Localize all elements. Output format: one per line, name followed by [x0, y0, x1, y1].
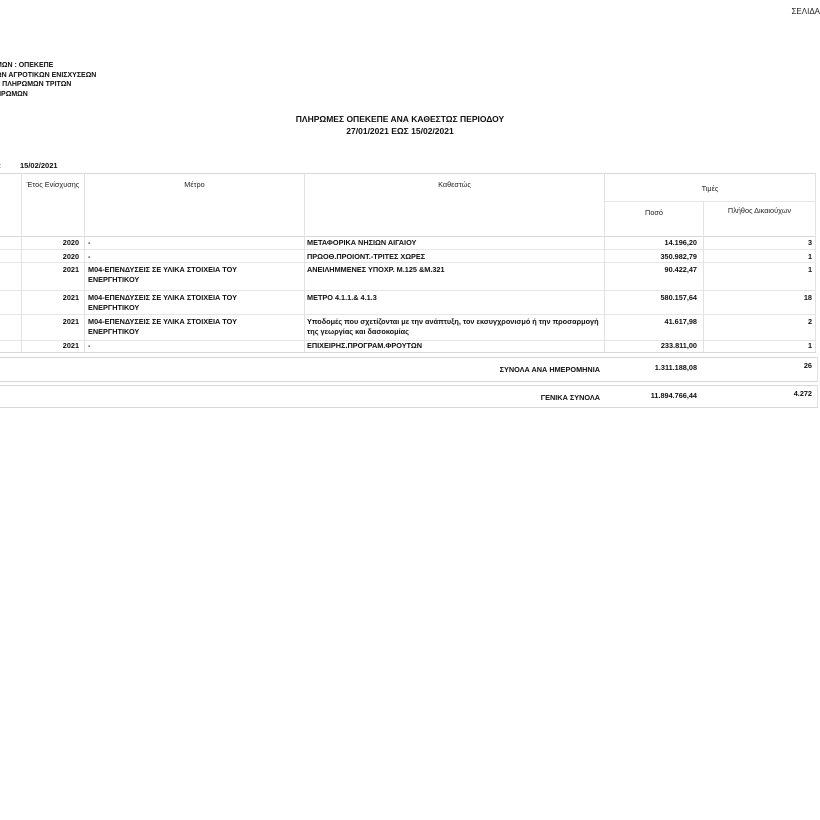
- report-date-value: 15/02/2021: [20, 161, 58, 170]
- cell-scheme: ΠΡΩΟΘ.ΠΡΟΙΟΝΤ.-ΤΡΙΤΕΣ ΧΩΡΕΣ: [307, 252, 425, 262]
- column-header-year: Έτος Ενίσχυσης: [22, 180, 84, 190]
- report-title-block: ΠΛΗΡΩΜΕΣ ΟΠΕΚΕΠΕ ΑΝΑ ΚΑΘΕΣΤΩΣ ΠΕΡΙΟΔΟΥ 2…: [200, 113, 600, 137]
- organization-header: ΜΩΝ : ΟΠΕΚΕΠΕ ΩΝ ΑΓΡΟΤΙΚΩΝ ΕΝΙΣΧΥΣΕΩΝ Γ …: [0, 61, 96, 99]
- column-header-scheme: Καθεστώς: [305, 180, 604, 190]
- cell-amount: 580.157,64: [605, 293, 697, 303]
- report-date-label: α: [0, 161, 1, 170]
- org-line: ΜΩΝ : ΟΠΕΚΕΠΕ: [0, 61, 96, 71]
- cell-amount: 350.982,79: [605, 252, 697, 262]
- cell-beneficiaries: 2: [704, 317, 812, 327]
- cell-measure: -: [88, 252, 90, 262]
- column-header-measure: Μέτρο: [85, 180, 304, 190]
- cell-measure: -: [88, 341, 90, 351]
- cell-year: 2021: [22, 317, 79, 327]
- org-line: ΩΝ ΑΓΡΟΤΙΚΩΝ ΕΝΙΣΧΥΣΕΩΝ: [0, 71, 96, 81]
- subtotal-amount: 1.311.188,08: [605, 363, 697, 373]
- cell-measure: Μ04-ΕΠΕΝΔΥΣΕΙΣ ΣΕ ΥΛΙΚΑ ΣΤΟΙΧΕΙΑ ΤΟΥ ΕΝΕ…: [88, 293, 288, 313]
- cell-measure: Μ04-ΕΠΕΝΔΥΣΕΙΣ ΣΕ ΥΛΙΚΑ ΣΤΟΙΧΕΙΑ ΤΟΥ ΕΝΕ…: [88, 317, 288, 337]
- cell-scheme: ΜΕΤΡΟ 4.1.1.& 4.1.3: [307, 293, 377, 303]
- grand-total-label: ΓΕΝΙΚΑ ΣΥΝΟΛΑ: [305, 393, 600, 402]
- cell-amount: 41.617,98: [605, 317, 697, 327]
- subtotal-label: ΣΥΝΟΛΑ ΑΝΑ ΗΜΕΡΟΜΗΝΙΑ: [305, 365, 600, 374]
- cell-year: 2020: [22, 252, 79, 262]
- org-line: ΗΡΩΜΩΝ: [0, 90, 96, 100]
- cell-beneficiaries: 1: [704, 341, 812, 351]
- cell-beneficiaries: 1: [704, 252, 812, 262]
- column-header-values: Τιμές: [605, 184, 815, 194]
- cell-measure: Μ04-ΕΠΕΝΔΥΣΕΙΣ ΣΕ ΥΛΙΚΑ ΣΤΟΙΧΕΙΑ ΤΟΥ ΕΝΕ…: [88, 265, 288, 285]
- grand-total-beneficiaries: 4.272: [704, 389, 812, 399]
- cell-year: 2020: [22, 238, 79, 248]
- cell-beneficiaries: 3: [704, 238, 812, 248]
- cell-year: 2021: [22, 293, 79, 303]
- grand-total-amount: 11.894.766,44: [605, 391, 697, 401]
- cell-amount: 233.811,00: [605, 341, 697, 351]
- report-title: ΠΛΗΡΩΜΕΣ ΟΠΕΚΕΠΕ ΑΝΑ ΚΑΘΕΣΤΩΣ ΠΕΡΙΟΔΟΥ: [200, 113, 600, 125]
- cell-scheme: Υποδομές που σχετίζονται με την ανάπτυξη…: [307, 317, 602, 337]
- cell-beneficiaries: 1: [704, 265, 812, 275]
- cell-year: 2021: [22, 341, 79, 351]
- cell-scheme: ΑΝΕΙΛΗΜΜΕΝΕΣ ΥΠΟΧΡ. Μ.125 &Μ.321: [307, 265, 445, 275]
- report-period: 27/01/2021 ΕΩΣ 15/02/2021: [200, 125, 600, 137]
- org-line: Γ ΠΛΗΡΩΜΩΝ ΤΡΙΤΩΝ: [0, 80, 96, 90]
- cell-measure: -: [88, 238, 90, 248]
- subtotal-beneficiaries: 26: [704, 361, 812, 371]
- cell-beneficiaries: 18: [704, 293, 812, 303]
- cell-year: 2021: [22, 265, 79, 275]
- column-header-amount: Ποσό: [605, 208, 703, 218]
- cell-amount: 14.196,20: [605, 238, 697, 248]
- cell-amount: 90.422,47: [605, 265, 697, 275]
- column-header-beneficiaries: Πλήθος Δικαιούχων: [704, 206, 815, 216]
- page-label: ΣΕΛΙΔΑ: [791, 7, 820, 16]
- cell-scheme: ΜΕΤΑΦΟΡΙΚΑ ΝΗΣΙΩΝ ΑΙΓΑΙΟΥ: [307, 238, 416, 248]
- cell-scheme: ΕΠΙΧΕΙΡΗΣ.ΠΡΟΓΡΑΜ.ΦΡΟΥΤΩΝ: [307, 341, 422, 351]
